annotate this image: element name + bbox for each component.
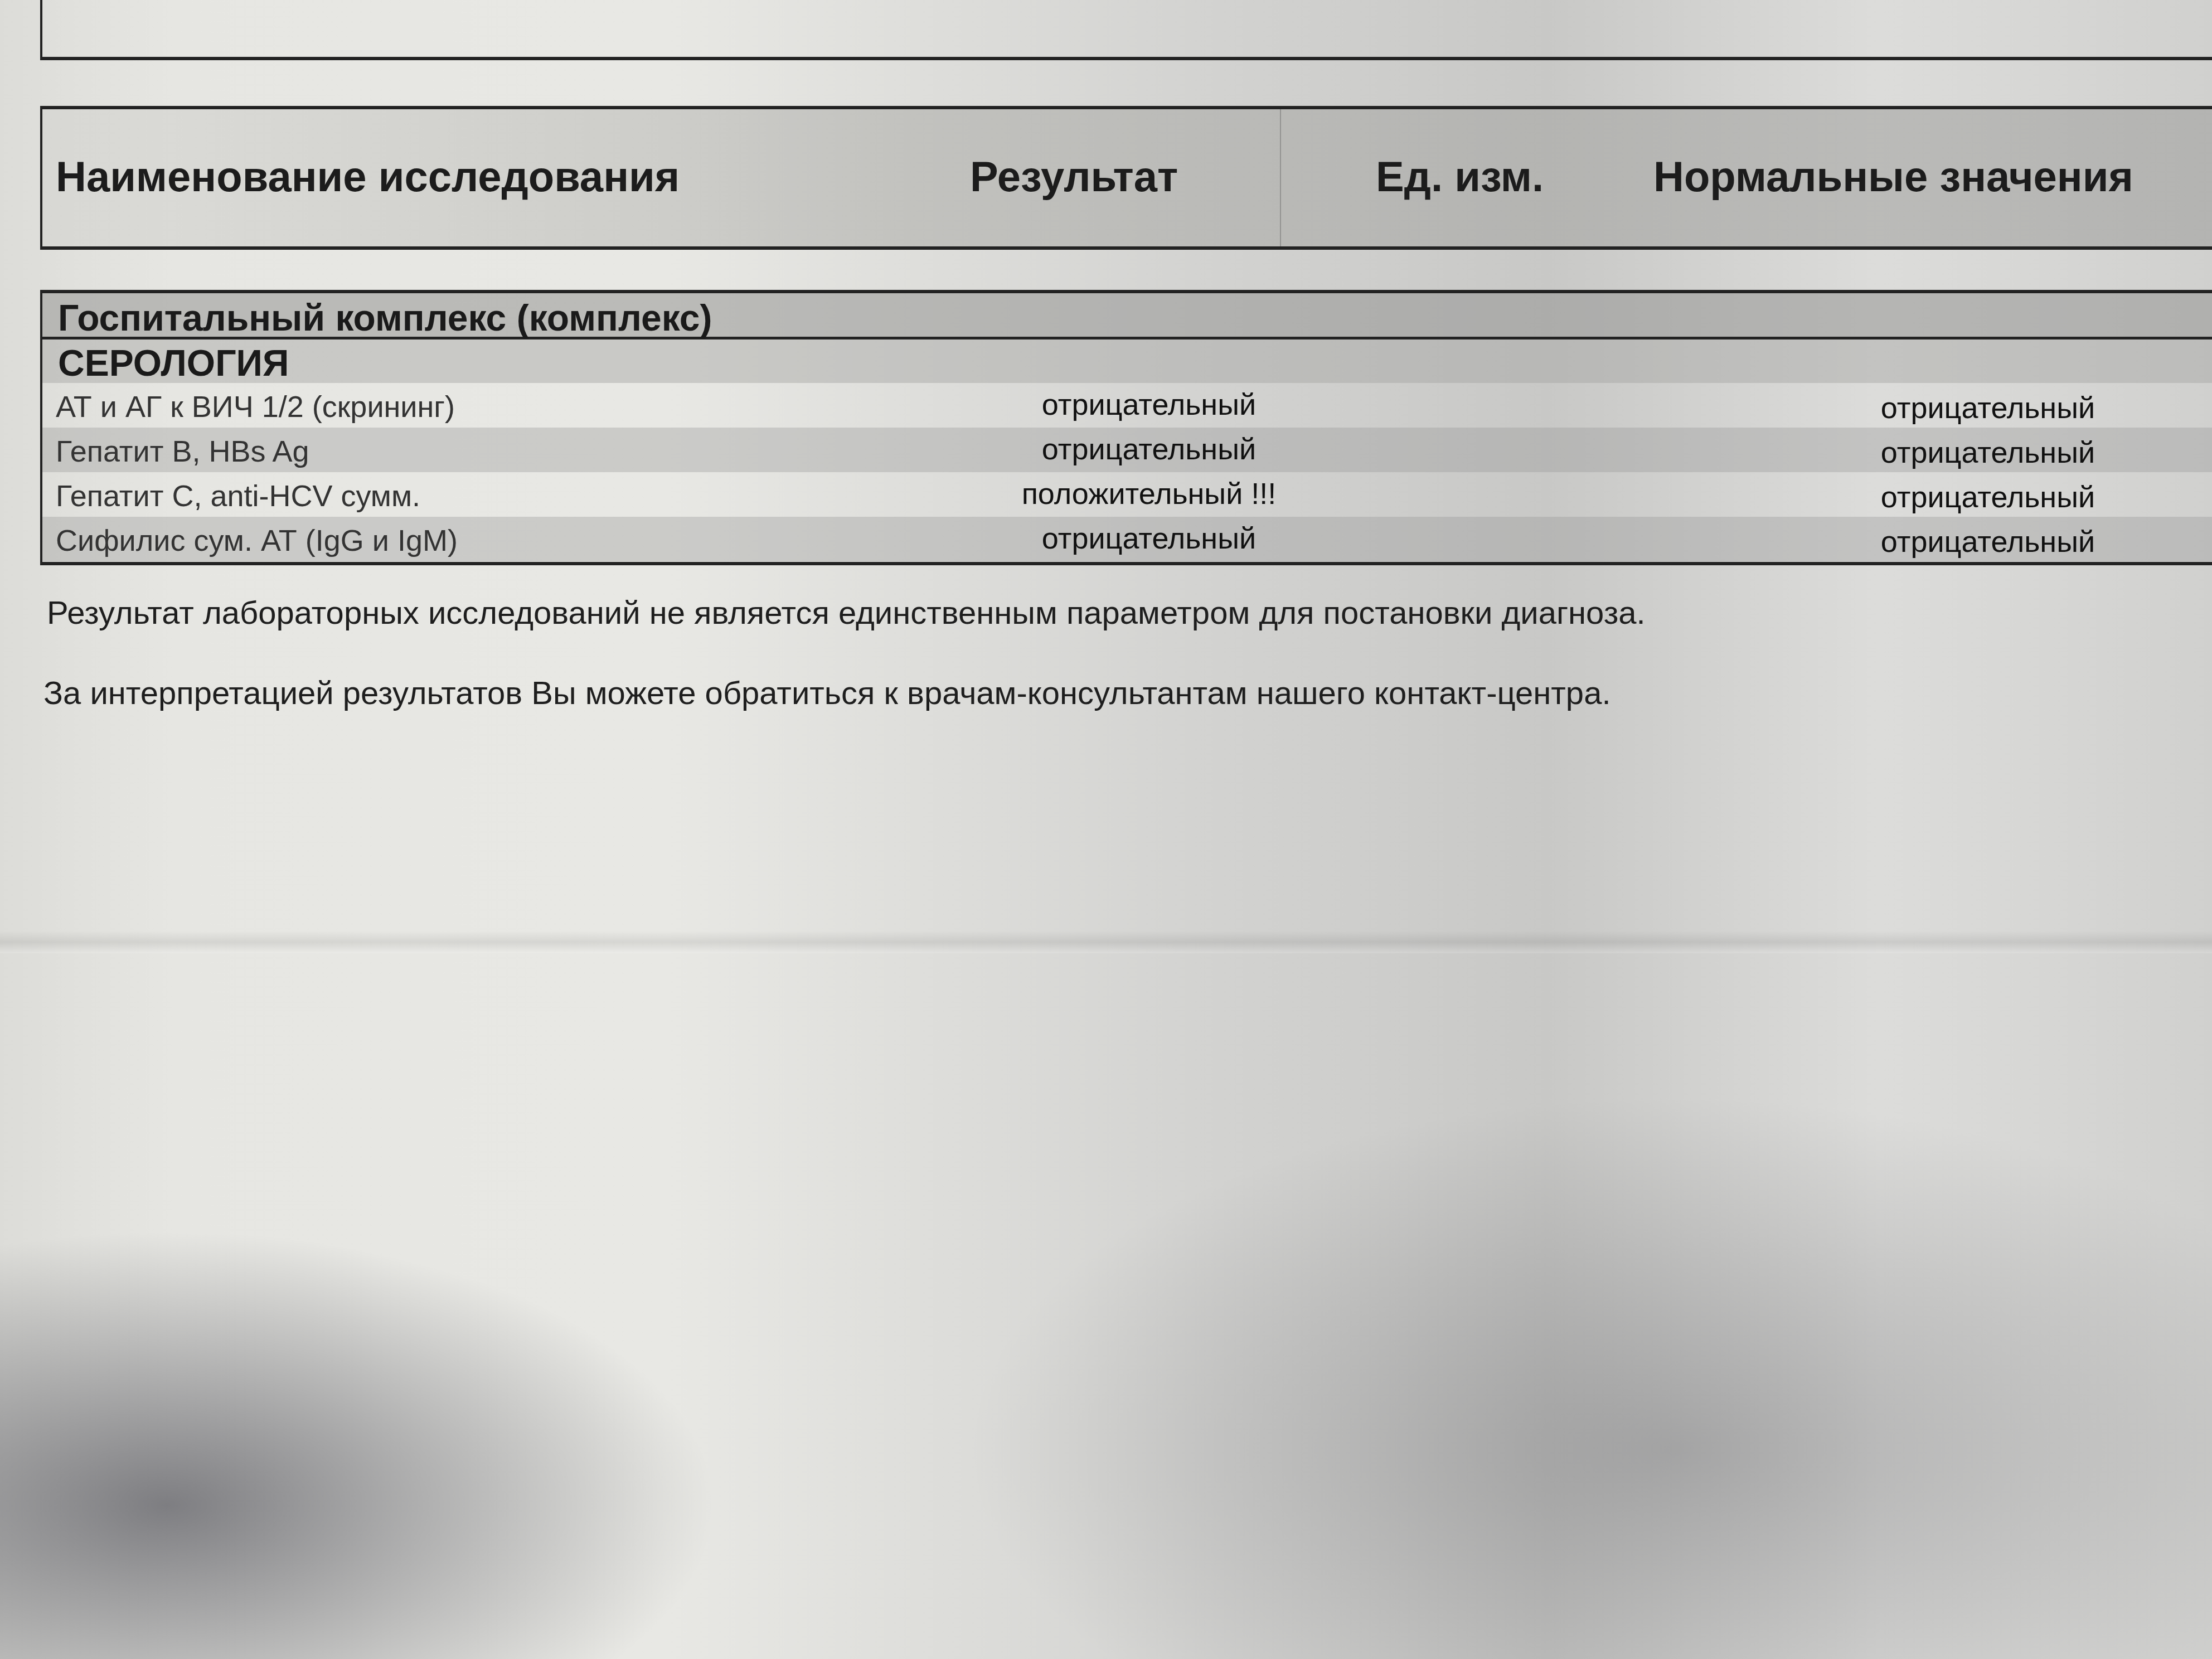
test-normal-value: отрицательный	[1787, 435, 2189, 470]
test-result: отрицательный	[934, 387, 1364, 422]
header-units: Ед. изм.	[1376, 153, 1544, 201]
column-divider	[1280, 109, 1281, 246]
results-table: Госпитальный комплекс (комплекс) СЕРОЛОГ…	[40, 290, 2212, 565]
test-name: Гепатит С, anti-HCV сумм.	[56, 479, 420, 513]
test-name: Сифилис сум. АТ (IgG и IgM)	[56, 523, 458, 558]
group-title: Госпитальный комплекс (комплекс)	[58, 297, 712, 339]
section-row: СЕРОЛОГИЯ	[42, 339, 2212, 383]
consultation-note: За интерпретацией результатов Вы можете …	[43, 675, 1611, 712]
table-header: Наименование исследования Результат Ед. …	[40, 106, 2212, 250]
paper-fold	[0, 931, 2212, 953]
test-name: Гепатит В, HBs Ag	[56, 434, 309, 469]
test-normal-value: отрицательный	[1787, 391, 2189, 425]
table-row: Сифилис сум. АТ (IgG и IgM) отрицательны…	[42, 517, 2212, 561]
header-test-name: Наименование исследования	[56, 153, 680, 201]
table-row: Гепатит С, anti-HCV сумм. положительный …	[42, 472, 2212, 517]
test-result: положительный !!!	[934, 477, 1364, 511]
disclaimer-note: Результат лабораторных исследований не я…	[47, 594, 1646, 632]
test-normal-value: отрицательный	[1787, 480, 2189, 515]
test-result: отрицательный	[934, 521, 1364, 556]
section-title: СЕРОЛОГИЯ	[58, 342, 289, 384]
group-row: Госпитальный комплекс (комплекс)	[42, 293, 2212, 339]
header-normal-values: Нормальные значения	[1653, 153, 2133, 201]
test-name: АТ и АГ к ВИЧ 1/2 (скрининг)	[56, 390, 455, 424]
table-row: АТ и АГ к ВИЧ 1/2 (скрининг) отрицательн…	[42, 383, 2212, 428]
header-result: Результат	[970, 153, 1178, 201]
table-row: Гепатит В, HBs Ag отрицательный отрицате…	[42, 428, 2212, 472]
test-result: отрицательный	[934, 432, 1364, 467]
previous-section-box	[40, 0, 2212, 60]
test-normal-value: отрицательный	[1787, 525, 2189, 559]
